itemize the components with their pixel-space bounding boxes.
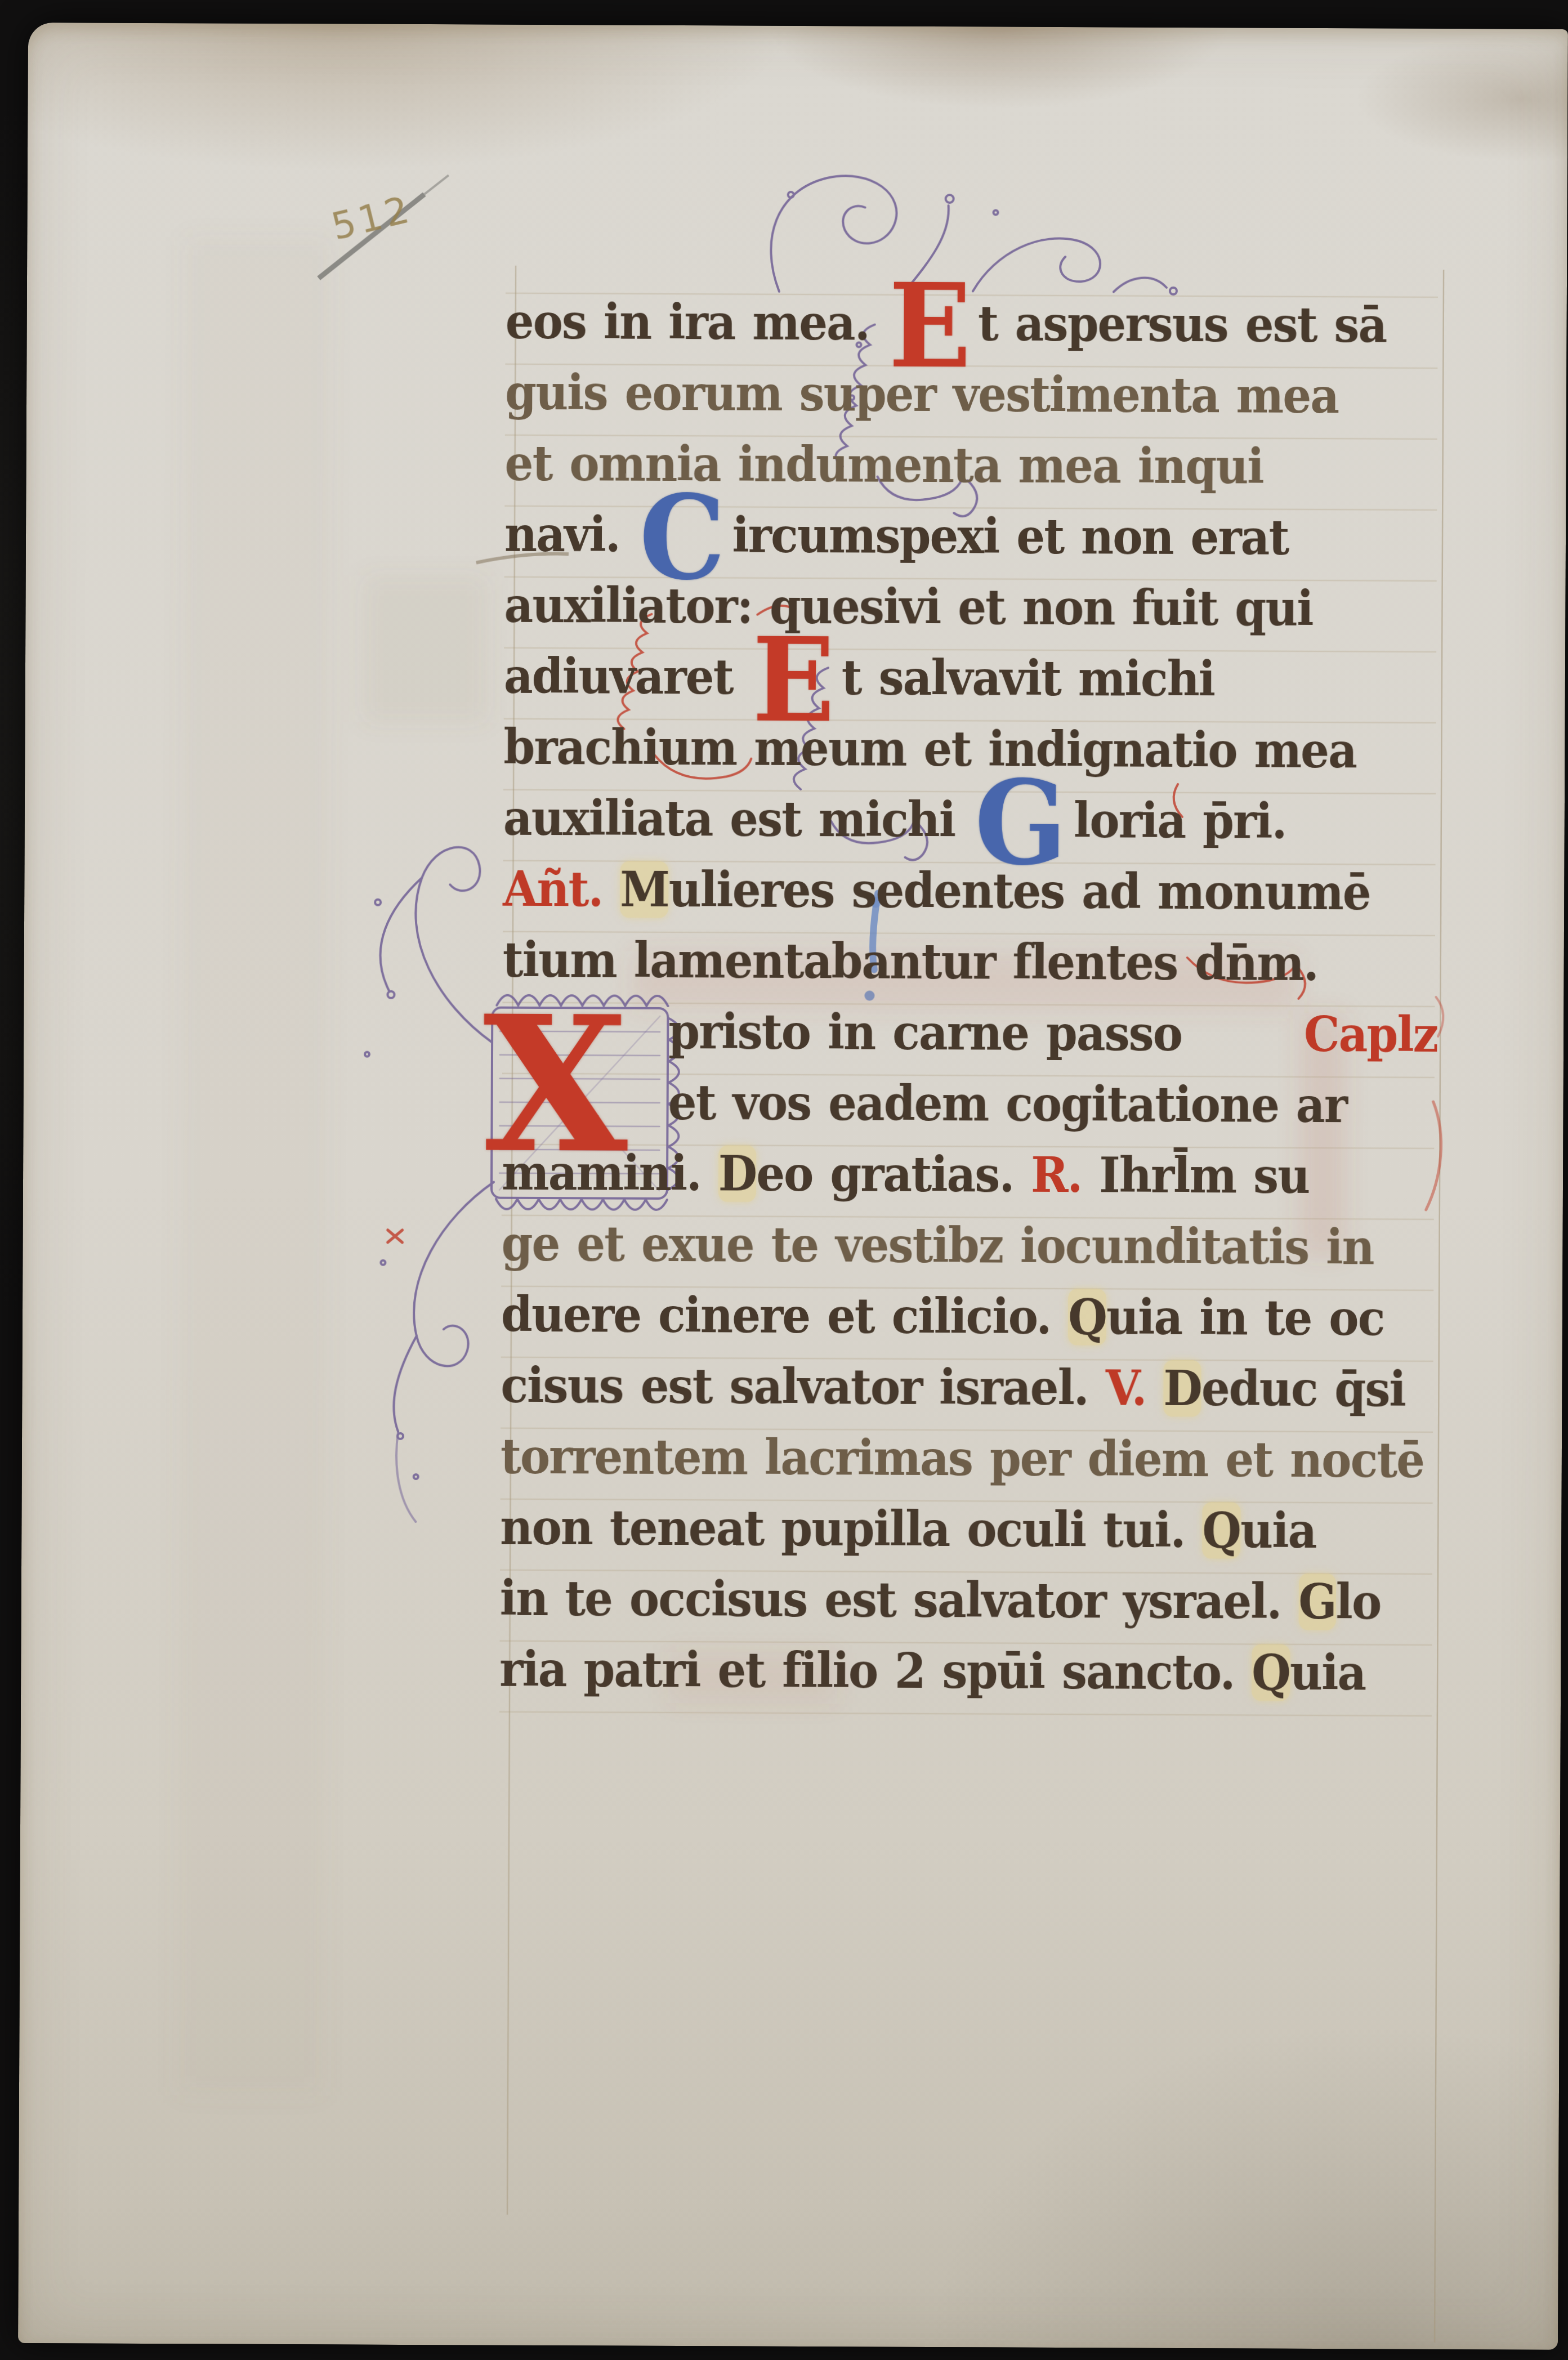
text-segment: uia in te oc bbox=[1106, 1289, 1384, 1347]
text-segment: eo gratias. bbox=[756, 1146, 1031, 1204]
manuscript-line: auxiliata est michi Gloria p̄ri. bbox=[503, 790, 1441, 870]
left-margin-spray bbox=[363, 847, 495, 1522]
text-segment: D bbox=[718, 1145, 757, 1202]
text-segment: navi. bbox=[504, 506, 637, 564]
manuscript-line: duere cinere et cilicio. Quia in te oc bbox=[501, 1286, 1439, 1366]
text-segment: Ihrl̄m su bbox=[1099, 1147, 1309, 1204]
decorated-initial-X: X bbox=[483, 991, 628, 1179]
text-segment: M bbox=[620, 861, 669, 918]
text-segment: uia bbox=[1240, 1502, 1316, 1559]
manuscript-line: guis eorum super vestimenta mea bbox=[505, 364, 1443, 444]
text-segment: t aspersus est sā bbox=[978, 295, 1387, 354]
text-segment: et omnia indumenta mea inqui bbox=[504, 435, 1263, 495]
rubric-capitulum: Caplz bbox=[1304, 1006, 1438, 1063]
text-segment: et vos eadem cogitatione ar bbox=[668, 1074, 1347, 1134]
text-segment: ria patri et filio 2 spūi sancto. bbox=[499, 1641, 1252, 1701]
manuscript-line: et vos eadem cogitatione ar bbox=[502, 1074, 1440, 1154]
text-segment: lo bbox=[1335, 1574, 1381, 1630]
manuscript-line: cisus est salvator israel. V. Deduc q̄si bbox=[501, 1357, 1439, 1437]
text-segment: duere cinere et cilicio. bbox=[501, 1286, 1069, 1346]
text-segment: Q bbox=[1202, 1502, 1240, 1559]
text-segment: D bbox=[1163, 1360, 1201, 1417]
text-segment: adiuvaret bbox=[504, 648, 751, 705]
text-segment: G bbox=[1298, 1574, 1336, 1630]
text-segment: ircumspexi et non erat bbox=[732, 507, 1288, 566]
manuscript-line: mamini. Deo gratias. R. Ihrl̄m su bbox=[502, 1145, 1440, 1224]
manuscript-line: ria patri et filio 2 spūi sancto. Quia bbox=[499, 1641, 1437, 1721]
manuscript-line: non teneat pupilla oculi tui. Quia bbox=[500, 1499, 1438, 1579]
manuscript-line: tium lamentabantur flentes dn̄m. bbox=[502, 932, 1440, 1012]
text-segment: educ q̄si bbox=[1201, 1360, 1405, 1418]
manuscript-line: navi. Circumspexi et non erat bbox=[504, 506, 1442, 586]
text-segment: pristo in carne passo bbox=[668, 1003, 1182, 1062]
text-segment: in te occisus est salvator ysrael. bbox=[500, 1570, 1299, 1630]
text-block: X eos in ira mea. Et aspersus est sāguis… bbox=[499, 293, 1443, 1716]
red-x-mark bbox=[388, 1230, 403, 1242]
text-segment: torrentem lacrimas per diem et noctē bbox=[501, 1428, 1424, 1489]
manuscript-line: in te occisus est salvator ysrael. Glo bbox=[499, 1570, 1437, 1650]
manuscript-line: torrentem lacrimas per diem et noctē bbox=[501, 1428, 1439, 1508]
manuscript-line: ge et exue te vestibz iocunditatis in bbox=[501, 1215, 1439, 1295]
manuscript-line: pristo in carne passoCaplz bbox=[502, 1003, 1440, 1083]
text-segment: Q bbox=[1252, 1644, 1290, 1701]
manuscript-line: eos in ira mea. Et aspersus est sā bbox=[505, 293, 1443, 373]
text-segment: non teneat pupilla oculi tui. bbox=[500, 1499, 1203, 1559]
text-segment: ulieres sedentes ad monumē bbox=[669, 861, 1370, 921]
manuscript-line: Añt. Mulieres sedentes ad monumē bbox=[503, 861, 1441, 941]
text-segment: Q bbox=[1068, 1289, 1106, 1346]
text-segment: uia bbox=[1290, 1644, 1366, 1701]
manuscript-page: 512 X eos in ira mea. Et aspersus est sā… bbox=[18, 23, 1568, 2350]
text-segment: eos in ira mea. bbox=[505, 293, 886, 352]
rubric-versicle: V. bbox=[1105, 1360, 1163, 1416]
text-segment: brachium meum et indignatio mea bbox=[503, 719, 1356, 779]
text-segment: guis eorum super vestimenta mea bbox=[505, 364, 1338, 424]
text-segment: cisus est salvator israel. bbox=[501, 1357, 1106, 1416]
text-segment: ge et exue te vestibz iocunditatis in bbox=[501, 1215, 1374, 1276]
text-segment: loria p̄ri. bbox=[1074, 792, 1286, 850]
text-segment: t salvavit michi bbox=[842, 649, 1215, 707]
text-segment: auxiliator: quesivi et non fuit qui bbox=[504, 577, 1313, 637]
rubric-antiphon: Añt. bbox=[503, 861, 620, 918]
manuscript-line: adiuvaret Et salvavit michi bbox=[504, 648, 1442, 728]
text-segment: auxiliata est michi bbox=[503, 790, 973, 848]
photo-backdrop: 512 X eos in ira mea. Et aspersus est sā… bbox=[0, 0, 1568, 2360]
manuscript-line: auxiliator: quesivi et non fuit qui bbox=[504, 577, 1442, 657]
rubric-responsory: R. bbox=[1031, 1147, 1100, 1204]
